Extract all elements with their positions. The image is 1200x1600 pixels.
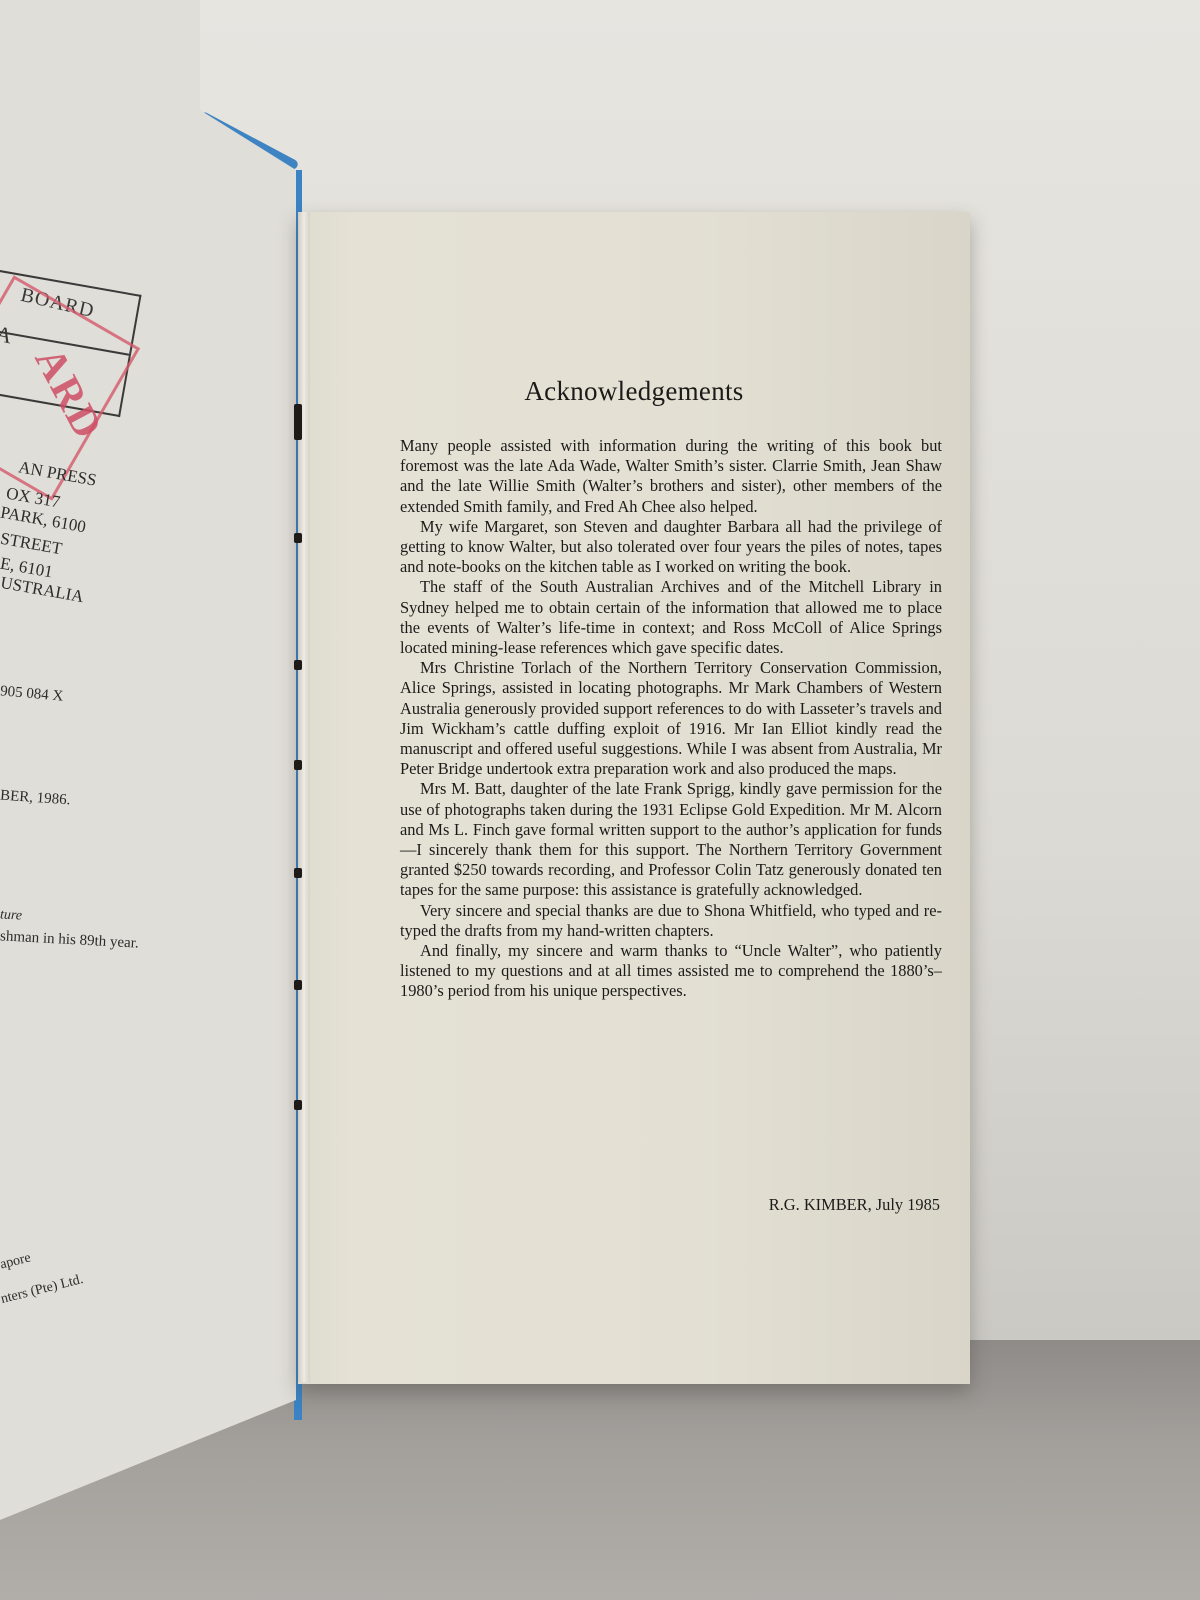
caption-fragment-1: ture [0, 907, 22, 924]
paragraph: My wife Margaret, son Steven and daughte… [400, 517, 942, 578]
paragraph: And finally, my sincere and warm thanks … [400, 941, 942, 1002]
author-signature: R.G. KIMBER, July 1985 [600, 1195, 940, 1215]
paragraph: Mrs Christine Torlach of the Northern Te… [400, 658, 942, 779]
page-title: Acknowledgements [298, 376, 970, 407]
paragraph: Mrs M. Batt, daughter of the late Frank … [400, 779, 942, 900]
paragraph: The staff of the South Australian Archiv… [400, 577, 942, 658]
binding-hole [294, 660, 302, 670]
binding-hole [294, 1100, 302, 1110]
binding-hole [294, 980, 302, 990]
binding-hole [294, 533, 302, 543]
binding-hole [294, 404, 302, 440]
binding-hole [294, 760, 302, 770]
photo-scene: BOARD A ARD AN PRESS OX 317 PARK, 6100 S… [0, 0, 1200, 1600]
acknowledgements-body: Many people assisted with information du… [400, 436, 942, 1002]
paragraph: Many people assisted with information du… [400, 436, 942, 517]
binding-hole [294, 868, 302, 878]
paragraph: Very sincere and special thanks are due … [400, 901, 942, 941]
